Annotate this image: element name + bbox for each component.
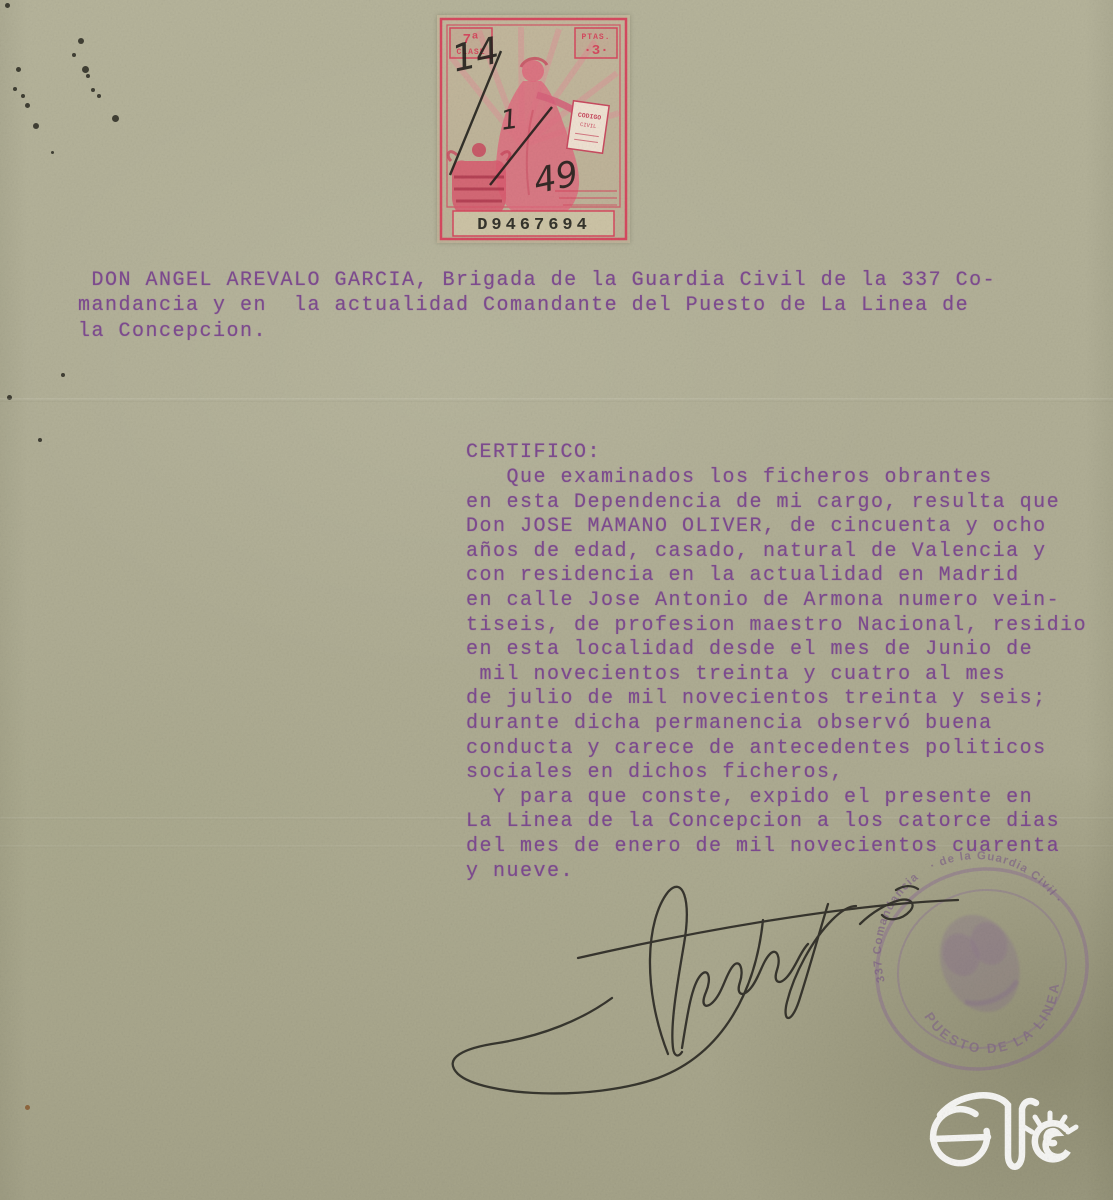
- ink-speck: [21, 94, 25, 98]
- open-eye-spiral: [1035, 1123, 1068, 1159]
- body-line: durante dicha permanencia observó buena: [466, 712, 1087, 737]
- closed-eye-line: [933, 1137, 988, 1139]
- ink-speck: [13, 87, 17, 91]
- fold-crease: [0, 398, 1113, 402]
- body-line: Don JOSE MAMANO OLIVER, de cincuenta y o…: [466, 515, 1087, 540]
- ink-speck: [51, 151, 54, 154]
- body-line: Y para que conste, expido el presente en: [466, 786, 1087, 811]
- ink-speck: [86, 74, 90, 78]
- ink-speck: [61, 373, 65, 377]
- header-line: DON ANGEL AREVALO GARCIA, Brigada de la …: [78, 268, 996, 293]
- body-line: conducta y carece de antecedentes politi…: [466, 737, 1087, 762]
- ink-speck: [112, 115, 119, 122]
- ink-speck: [33, 123, 39, 129]
- body-line: con residencia en la actualidad en Madri…: [466, 564, 1087, 589]
- ink-speck: [97, 94, 101, 98]
- body-line: en esta Dependencia de mi cargo, resulta…: [466, 491, 1087, 516]
- ink-speck: [91, 88, 95, 92]
- stamp-ptas-value: ·3·: [583, 43, 608, 59]
- body-line: mil novecientos treinta y cuatro al mes: [466, 663, 1087, 688]
- revenue-stamp-art: 7ª CLASE PTAS. ·3· COD: [437, 15, 630, 243]
- rust-speck: [25, 1105, 30, 1110]
- body-line: años de edad, casado, natural de Valenci…: [466, 540, 1087, 565]
- stamp-serial-number: D9467694: [477, 216, 591, 235]
- ink-speck: [5, 3, 10, 8]
- body-line: en calle Jose Antonio de Armona numero v…: [466, 589, 1087, 614]
- header-line: la Concepcion.: [78, 319, 996, 344]
- ink-speck: [7, 395, 12, 400]
- ink-speck: [25, 103, 30, 108]
- scanned-certificate-document: 7ª CLASE PTAS. ·3· COD: [0, 0, 1113, 1200]
- ink-speck: [78, 38, 84, 44]
- body-line: tiseis, de profesion maestro Nacional, r…: [466, 614, 1087, 639]
- ink-speck: [82, 66, 89, 73]
- certify-label: CERTIFICO:: [466, 441, 601, 464]
- body-line: de julio de mil novecientos treinta y se…: [466, 687, 1087, 712]
- certificate-body: Que examinados los ficheros obrantes en …: [466, 466, 1087, 884]
- document-header: DON ANGEL AREVALO GARCIA, Brigada de la …: [78, 268, 996, 344]
- body-line: sociales en dichos ficheros,: [466, 761, 1087, 786]
- body-line: en esta localidad desde el mes de Junio …: [466, 638, 1087, 663]
- signature-ink: [430, 858, 1030, 1108]
- ink-speck: [16, 67, 21, 72]
- stamp-value-box: PTAS. ·3·: [575, 28, 617, 59]
- eye-logo-watermark: [918, 1083, 1108, 1195]
- ink-speck: [38, 438, 42, 442]
- ink-speck: [72, 53, 76, 57]
- body-line: Que examinados los ficheros obrantes: [466, 466, 1087, 491]
- revenue-stamp: 7ª CLASE PTAS. ·3· COD: [437, 15, 630, 243]
- stamp-codigo-tablet: CODIGO CIVIL: [567, 101, 609, 154]
- header-line: mandancia y en la actualidad Comandante …: [78, 293, 996, 318]
- stamp-serial-strip: D9467694: [453, 211, 614, 236]
- stamp-ptas-word: PTAS.: [581, 33, 610, 42]
- body-line: La Linea de la Concepcion a los catorce …: [466, 810, 1087, 835]
